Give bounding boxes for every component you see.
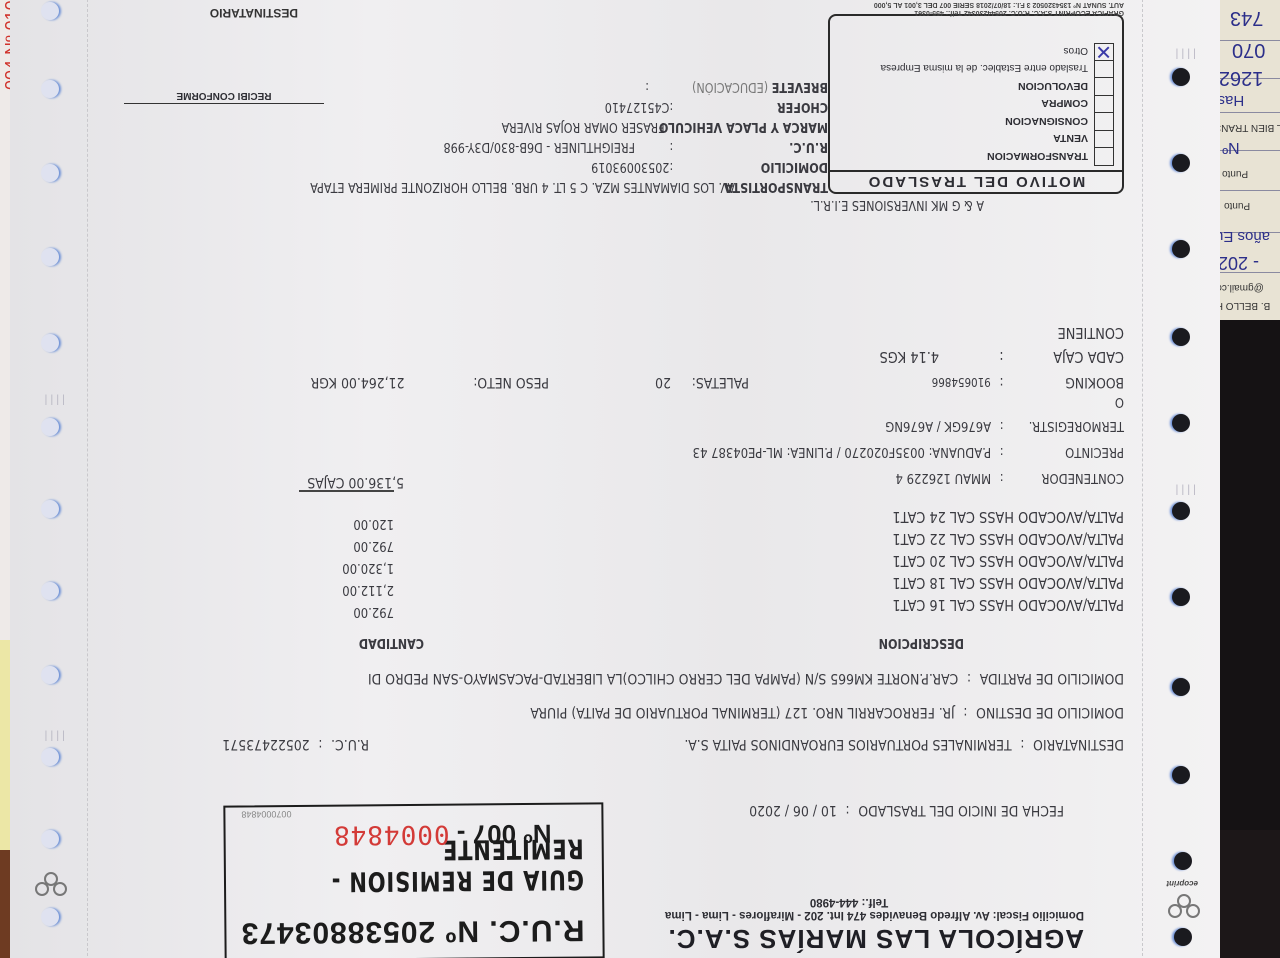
transportista-value: AV. LOS DIAMANTES MZA. C 5 LT. 4 URB. BE… — [310, 179, 735, 194]
item-quantity: 792.00 — [353, 538, 394, 554]
peso-neto-value: 21,264.00 KGR — [311, 374, 405, 390]
motivo-option: VENTA — [881, 129, 1089, 147]
copy-label: DESTINATARIO — [210, 6, 298, 20]
domicilio-transportista-field: DOMICILIO:20530093019 — [591, 159, 828, 174]
motivo-checkbox[interactable] — [1094, 96, 1114, 114]
booking-field: BOOKING:910654866 — [932, 374, 1124, 390]
printer-info: GRAFICA ECOPRINT S.A.C. R.U.C. 205442303… — [874, 0, 1124, 16]
domicilio-partida-field: DOMICILIO DE PARTIDA:CAR.P.NORTE KM665 S… — [368, 670, 1124, 686]
guide-control-number: 0070004848 — [241, 809, 291, 819]
item-quantity: 792.00 — [353, 604, 394, 620]
item-description: PALTA/AVOCADO HASS CAL 16 CAT1 — [892, 596, 1124, 614]
termoregistro-field: TERMOREGISTR.:A676GK / A676NG — [885, 418, 1124, 434]
recibi-conforme-signature: RECIBI CONFORME — [124, 90, 324, 104]
header-cantidad: CANTIDAD — [359, 635, 424, 650]
ecoprint-logo: ecoprint — [1166, 879, 1198, 888]
guide-serie: Nº 007 - — [457, 819, 552, 850]
item-description: PALTA/AVOCADO HASS CAL 24 CAT1 — [892, 508, 1124, 526]
contenedor-value: MMAU 126229 4 — [896, 470, 992, 486]
printed-text: Punto — [1224, 200, 1250, 211]
contenedor-field: CONTENEDOR:MMAU 126229 4 — [896, 470, 1124, 486]
chofer-value: :C45127410 — [605, 99, 673, 114]
paletas-field: PALETAS:20 — [655, 374, 749, 390]
total-cajas: 5,136.00 CAJAS — [307, 474, 404, 490]
motivo-options: TRANSFORMACIONVENTACONSIGNACIONCOMPRADEV… — [881, 42, 1089, 165]
domicilio-destino-value: JR. FERROCARRIL NRO. 127 (TERMINAL PORTU… — [530, 704, 954, 720]
handwritten-text: 743 — [1230, 6, 1263, 29]
motivo-checkboxes — [1094, 44, 1114, 167]
item-description: PALTA/AVOCADO HASS CAL 20 CAT1 — [892, 552, 1124, 570]
guide-number-box: R.U.C. Nº 20538803473 GUIA DE REMISION -… — [223, 802, 604, 958]
destinatario-value: TERMINALES PORTUARIOS EUROANDINOS PAITA … — [684, 736, 1011, 752]
contiene-label: CONTIENE — [1058, 324, 1124, 342]
motivo-del-traslado-box: MOTIVO DEL TRASLADO TRANSFORMACIONVENTAC… — [828, 14, 1124, 194]
motivo-checkbox[interactable] — [1094, 44, 1114, 62]
item-quantity: 1,320.00 — [342, 560, 394, 576]
brevete-field: BREVETE (EDUCACIÓN): — [645, 79, 828, 94]
transportista-field: TRANSPORTISTAAV. LOS DIAMANTES MZA. C 5 … — [310, 179, 828, 194]
item-quantity: 120.00 — [353, 516, 394, 532]
motivo-option: Traslado entre Establec. de la misma Emp… — [881, 59, 1089, 77]
brevete-value: : — [645, 79, 649, 94]
cada-caja-field: CADA CAJA:4.14 KGS — [880, 348, 1124, 366]
destinatario-ruc-field: R.U.C.:20522473571 — [222, 736, 369, 752]
destinatario-ruc-value: 20522473571 — [222, 736, 309, 752]
item-quantity: 2,112.00 — [342, 582, 394, 598]
destinatario-field: DESTINATARIO:TERMINALES PORTUARIOS EUROA… — [684, 736, 1124, 752]
guia-de-remision-document: ecoprint |||| |||| |||| |||| — [10, 0, 1220, 958]
printed-text: Punto — [1222, 168, 1248, 179]
motivo-checkbox[interactable] — [1094, 79, 1114, 97]
total-underline — [299, 491, 394, 493]
motivo-checkbox[interactable] — [1094, 131, 1114, 149]
marca-placa-field: MARCA Y PLACA VEHICULOFRASER OMAR ROJAS … — [502, 119, 828, 134]
fecha-inicio-value: 10 / 06 / 2020 — [749, 802, 837, 818]
booking-value: 910654866 — [932, 375, 991, 389]
motivo-option: DEVOLUCION — [881, 77, 1089, 95]
motivo-title: MOTIVO DEL TRASLADO — [830, 170, 1122, 192]
motivo-option: COMPRA — [881, 94, 1089, 112]
item-description: PALTA/AVOCADO HASS CAL 18 CAT1 — [892, 574, 1124, 592]
chofer-field: CHOFER:C45127410 — [605, 99, 828, 114]
domicilio-destino-field: DOMICILIO DE DESTINO:JR. FERROCARRIL NRO… — [530, 704, 1124, 720]
transportista-company: A & G MK INVERSIONES E.I.R.L. — [810, 197, 984, 212]
motivo-option: TRANSFORMACION — [881, 147, 1089, 165]
ruc-transportista-value: FREIGHTLINER - D6B-830/D3Y-998 — [444, 139, 635, 154]
company-phone: Telf.: 444-4980 — [614, 896, 1084, 908]
ruc-transportista-field: R.U.C.:FREIGHTLINER - D6B-830/D3Y-998 — [444, 139, 828, 154]
paper-sheet: ecoprint |||| |||| |||| |||| — [10, 0, 1220, 958]
handwritten-text: 070 — [1232, 38, 1265, 61]
guide-number: Nº 007 - 0004848 — [333, 818, 552, 851]
company-address: Domicilio Fiscal: Av. Alfredo Benavides … — [614, 909, 1084, 921]
paletas-value: 20 — [655, 374, 671, 390]
termoregistro-value: A676GK / A676NG — [885, 418, 991, 434]
domicilio-transportista-value: :20530093019 — [591, 159, 673, 174]
motivo-checkbox[interactable] — [1094, 149, 1114, 167]
domicilio-partida-value: CAR.P.NORTE KM665 S/N (PAMPA DEL CERRO C… — [368, 670, 958, 686]
precinto-value: P.ADUANA: 0035F020270 / P.LINEA: ML-PE04… — [693, 444, 991, 460]
guide-correlative: 0004848 — [333, 819, 450, 850]
marca-placa-value: FRASER OMAR ROJAS RIVERA — [502, 119, 665, 134]
fecha-inicio-field: FECHA DE INICIO DEL TRASLADO:10 / 06 / 2… — [749, 802, 1064, 818]
motivo-option: Otros — [881, 42, 1089, 60]
tractor-feed-strip-left: ecoprint |||| |||| — [1142, 0, 1220, 958]
header-descripcion: DESCRIPCION — [879, 635, 964, 650]
peso-neto-field: PESO NETO:21,264.00 KGR — [311, 374, 549, 390]
motivo-checkbox[interactable] — [1094, 114, 1114, 132]
company-name: AGRÍCOLA LAS MARÍAS S.A.C. — [614, 923, 1084, 954]
tractor-feed-strip-right: |||| |||| — [10, 0, 88, 958]
precinto-field: PRECINTO:P.ADUANA: 0035F020270 / P.LINEA… — [693, 444, 1124, 460]
item-description: PALTA/AVOCADO HASS CAL 22 CAT1 — [892, 530, 1124, 548]
motivo-option: CONSIGNACION — [881, 112, 1089, 130]
guide-ruc: R.U.C. Nº 20538803473 — [240, 913, 584, 950]
o-mark: O — [1115, 394, 1124, 410]
cada-caja-value: 4.14 KGS — [880, 348, 939, 366]
company-header: AGRÍCOLA LAS MARÍAS S.A.C. Domicilio Fis… — [614, 896, 1084, 954]
